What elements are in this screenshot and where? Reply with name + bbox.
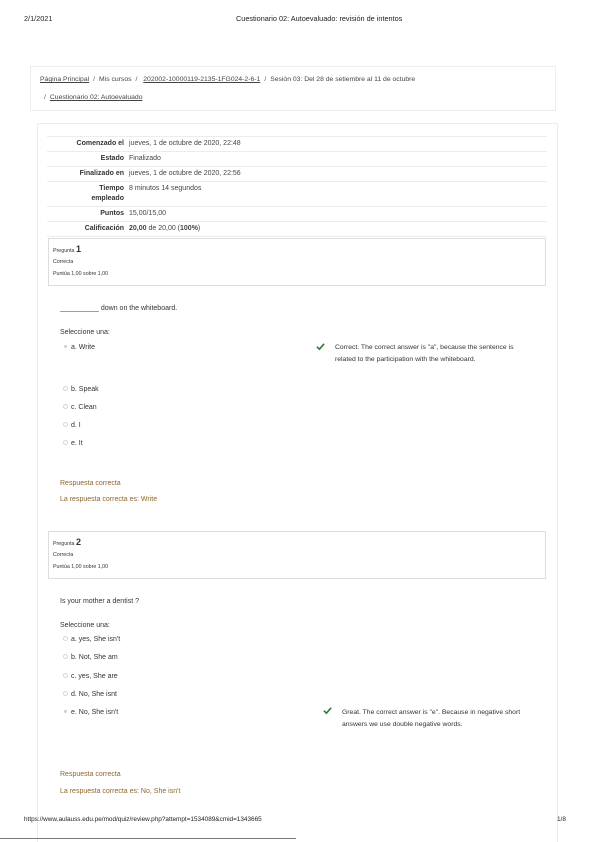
attempt-summary-table: Comenzado el jueves, 1 de octubre de 202… xyxy=(47,136,547,237)
option-label: b. Not, She am xyxy=(71,654,118,661)
print-title: Cuestionario 02: Autoevaluado: revisión … xyxy=(236,14,402,23)
summary-row: Finalizado en jueves, 1 de octubre de 20… xyxy=(47,167,547,182)
summary-value: Finalizado xyxy=(129,152,547,167)
question-2-prompt: Seleccione una: xyxy=(60,622,110,629)
question-1-info: Pregunta 1 Correcta Puntúa 1,00 sobre 1,… xyxy=(48,238,546,286)
summary-label: Calificación xyxy=(47,222,129,237)
radio-icon[interactable] xyxy=(63,673,68,678)
question-2-info: Pregunta 2 Correcta Puntúa 1,00 sobre 1,… xyxy=(48,531,546,579)
question-2-text: Is your mother a dentist ? xyxy=(60,598,139,605)
question-1-option-d[interactable]: d. I xyxy=(63,422,81,429)
breadcrumb-home-link[interactable]: Página Principal xyxy=(40,76,89,83)
breadcrumb-quiz-link[interactable]: Cuestionario 02: Autoevaluado xyxy=(50,94,143,101)
radio-icon[interactable] xyxy=(63,636,68,641)
radio-icon[interactable] xyxy=(63,654,68,659)
option-label: d. No, She isnt xyxy=(71,691,117,698)
summary-label: Tiempo empleado xyxy=(47,182,129,207)
breadcrumb-course-link[interactable]: 202002-10000119-2135-1FG024-2-6-1 xyxy=(143,76,260,83)
question-1-option-c[interactable]: c. Clean xyxy=(63,404,97,411)
question-number-value: 1 xyxy=(76,244,81,254)
breadcrumb-my-courses: Mis cursos xyxy=(99,76,131,83)
question-grade: Puntúa 1,00 sobre 1,00 xyxy=(53,271,108,277)
grade-percent: 100% xyxy=(180,225,198,232)
summary-label: Finalizado en xyxy=(47,167,129,182)
question-1-option-b[interactable]: b. Speak xyxy=(63,386,99,393)
summary-row: Comenzado el jueves, 1 de octubre de 202… xyxy=(47,137,547,152)
question-1-right-answer: La respuesta correcta es: Write xyxy=(60,496,157,503)
breadcrumb-line-1: Página Principal/Mis cursos/ 202002-1000… xyxy=(40,76,415,83)
grade-close: ) xyxy=(198,225,200,232)
summary-label: Estado xyxy=(47,152,129,167)
radio-icon[interactable] xyxy=(63,404,68,409)
breadcrumb: Página Principal/Mis cursos/ 202002-1000… xyxy=(30,66,556,111)
breadcrumb-separator: / xyxy=(93,76,95,83)
breadcrumb-session: Sesión 03: Del 28 de setiembre al 11 de … xyxy=(270,76,415,83)
summary-value: jueves, 1 de octubre de 2020, 22:48 xyxy=(129,137,547,152)
breadcrumb-separator: / xyxy=(264,76,266,83)
radio-icon[interactable] xyxy=(63,422,68,427)
question-number-prefix: Pregunta xyxy=(53,541,75,547)
question-2-option-b[interactable]: b. Not, She am xyxy=(63,654,118,661)
question-2-feedback: Great. The correct answer is "e". Becaus… xyxy=(342,707,522,730)
question-state: Correcta xyxy=(53,552,73,558)
radio-selected-icon[interactable] xyxy=(64,710,67,713)
question-1-option-e[interactable]: e. It xyxy=(63,440,83,447)
option-label: d. I xyxy=(71,422,81,429)
summary-label: Comenzado el xyxy=(47,137,129,152)
summary-row: Puntos 15,00/15,00 xyxy=(47,207,547,222)
question-number-value: 2 xyxy=(76,537,81,547)
question-2-outcome: Respuesta correcta xyxy=(60,771,121,778)
check-icon xyxy=(323,706,332,715)
breadcrumb-line-2: /Cuestionario 02: Autoevaluado xyxy=(40,94,142,101)
print-page-number: 1/8 xyxy=(557,816,566,823)
question-2-option-d[interactable]: d. No, She isnt xyxy=(63,691,117,698)
footer-divider xyxy=(0,838,296,839)
question-1-prompt: Seleccione una: xyxy=(60,329,110,336)
question-number: Pregunta 2 xyxy=(53,537,81,547)
option-label: b. Speak xyxy=(71,386,99,393)
grade-of: de 20,00 ( xyxy=(148,225,180,232)
radio-icon[interactable] xyxy=(63,386,68,391)
question-1-outcome: Respuesta correcta xyxy=(60,480,121,487)
question-2-option-e[interactable]: e. No, She isn't xyxy=(63,709,118,716)
radio-selected-icon[interactable] xyxy=(64,345,67,348)
print-url: https://www.aulauss.edu.pe/mod/quiz/revi… xyxy=(24,816,262,823)
question-1-feedback: Correct. The correct answer is "a", beca… xyxy=(335,342,515,365)
summary-label: Puntos xyxy=(47,207,129,222)
print-header: 2/1/2021 Cuestionario 02: Autoevaluado: … xyxy=(0,14,595,26)
question-2-right-answer: La respuesta correcta es: No, She isn't xyxy=(60,788,180,795)
option-label: c. Clean xyxy=(71,404,97,411)
question-2-option-c[interactable]: c. yes, She are xyxy=(63,673,118,680)
summary-value: jueves, 1 de octubre de 2020, 22:56 xyxy=(129,167,547,182)
radio-icon[interactable] xyxy=(63,440,68,445)
print-date: 2/1/2021 xyxy=(24,14,52,23)
question-state: Correcta xyxy=(53,259,73,265)
summary-row-grade: Calificación 20,00 de 20,00 (100%) xyxy=(47,222,547,237)
summary-value: 15,00/15,00 xyxy=(129,207,547,222)
option-label: a. Write xyxy=(71,344,95,351)
option-label: e. No, She isn't xyxy=(71,709,118,716)
grade-score: 20,00 xyxy=(129,225,147,232)
question-1-option-a[interactable]: a. Write xyxy=(63,344,95,351)
summary-value: 8 minutos 14 segundos xyxy=(129,182,547,207)
question-2-option-a[interactable]: a. yes, She isn't xyxy=(63,636,120,643)
question-grade: Puntúa 1,00 sobre 1,00 xyxy=(53,564,108,570)
radio-icon[interactable] xyxy=(63,691,68,696)
question-number-prefix: Pregunta xyxy=(53,248,75,254)
summary-row: Tiempo empleado 8 minutos 14 segundos xyxy=(47,182,547,207)
summary-row: Estado Finalizado xyxy=(47,152,547,167)
option-label: a. yes, She isn't xyxy=(71,636,120,643)
option-label: c. yes, She are xyxy=(71,673,118,680)
check-icon xyxy=(316,342,325,351)
breadcrumb-separator: / xyxy=(136,76,138,83)
grade-value: 20,00 de 20,00 (100%) xyxy=(129,222,547,237)
question-1-text: __________ down on the whiteboard. xyxy=(60,305,177,312)
question-number: Pregunta 1 xyxy=(53,244,81,254)
option-label: e. It xyxy=(71,440,83,447)
breadcrumb-separator: / xyxy=(44,94,46,101)
